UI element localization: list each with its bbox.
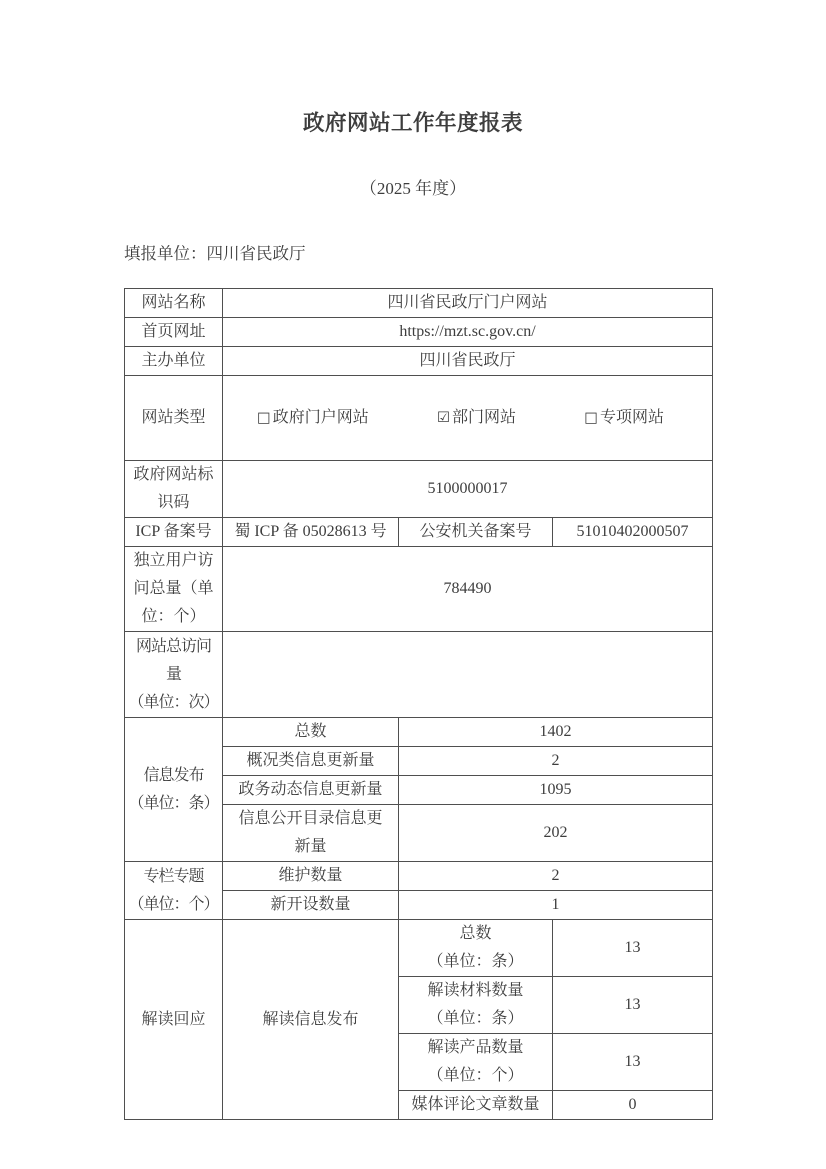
unique-visitors-value: 784490 [223, 547, 713, 632]
interpretation-row-label: 媒体评论文章数量 [399, 1091, 553, 1120]
total-visits-label: 网站总访问 量 （单位：次） [125, 632, 223, 718]
interpretation-label: 解读回应 [125, 920, 223, 1120]
option-label: 专项网站 [600, 409, 664, 426]
police-record-label: 公安机关备案号 [399, 518, 553, 547]
website-type-option-special: □专项网站 [584, 404, 664, 432]
table-row: 政府网站标 识码 5100000017 [125, 461, 713, 518]
icp-value: 蜀 ICP 备 05028613 号 [223, 518, 399, 547]
special-columns-label: 专栏专题 （单位：个） [125, 862, 223, 920]
interpretation-row-label: 总数 （单位：条） [399, 920, 553, 977]
info-release-row-label: 概况类信息更新量 [223, 747, 399, 776]
website-type-options: □政府门户网站 ☑部门网站 □专项网站 [223, 376, 713, 461]
special-columns-row-label: 新开设数量 [223, 891, 399, 920]
interpretation-row-value: 0 [553, 1091, 713, 1120]
website-type-option-portal: □政府门户网站 [257, 404, 369, 432]
police-record-value: 51010402000507 [553, 518, 713, 547]
organizer-label: 主办单位 [125, 347, 223, 376]
table-row: 网站类型 □政府门户网站 ☑部门网站 □专项网站 [125, 376, 713, 461]
option-label: 部门网站 [452, 409, 516, 426]
site-id-label: 政府网站标 识码 [125, 461, 223, 518]
table-row: 专栏专题 （单位：个） 维护数量 2 [125, 862, 713, 891]
table-row: 网站名称 四川省民政厅门户网站 [125, 289, 713, 318]
checkbox-unchecked-icon: □ [257, 410, 271, 426]
page-title: 政府网站工作年度报表 [0, 106, 826, 137]
checkbox-checked-icon: ☑ [437, 410, 450, 426]
interpretation-sublabel: 解读信息发布 [223, 920, 399, 1120]
report-unit-line: 填报单位：四川省民政厅 [124, 240, 306, 264]
homepage-url-value: https://mzt.sc.gov.cn/ [223, 318, 713, 347]
table-row: ICP 备案号 蜀 ICP 备 05028613 号 公安机关备案号 51010… [125, 518, 713, 547]
total-visits-value [223, 632, 713, 718]
interpretation-row-label: 解读产品数量 （单位：个） [399, 1034, 553, 1091]
info-release-row-value: 2 [399, 747, 713, 776]
option-label: 政府门户网站 [273, 409, 369, 426]
table-row: 首页网址 https://mzt.sc.gov.cn/ [125, 318, 713, 347]
homepage-url-label: 首页网址 [125, 318, 223, 347]
info-release-row-label: 信息公开目录信息更 新量 [223, 805, 399, 862]
table-row: 独立用户访 问总量（单 位：个） 784490 [125, 547, 713, 632]
info-release-row-value: 202 [399, 805, 713, 862]
website-name-value: 四川省民政厅门户网站 [223, 289, 713, 318]
table-row: 网站总访问 量 （单位：次） [125, 632, 713, 718]
table-row: 主办单位 四川省民政厅 [125, 347, 713, 376]
organizer-value: 四川省民政厅 [223, 347, 713, 376]
unique-visitors-label: 独立用户访 问总量（单 位：个） [125, 547, 223, 632]
info-release-row-label: 政务动态信息更新量 [223, 776, 399, 805]
info-release-label: 信息发布 （单位：条） [125, 718, 223, 862]
special-columns-row-value: 1 [399, 891, 713, 920]
report-table: 网站名称 四川省民政厅门户网站 首页网址 https://mzt.sc.gov.… [124, 288, 713, 1120]
interpretation-row-value: 13 [553, 920, 713, 977]
table-row: 信息发布 （单位：条） 总数 1402 [125, 718, 713, 747]
checkbox-unchecked-icon: □ [584, 410, 598, 426]
website-name-label: 网站名称 [125, 289, 223, 318]
icp-label: ICP 备案号 [125, 518, 223, 547]
special-columns-row-label: 维护数量 [223, 862, 399, 891]
table-row: 解读回应 解读信息发布 总数 （单位：条） 13 [125, 920, 713, 977]
website-type-label: 网站类型 [125, 376, 223, 461]
site-id-value: 5100000017 [223, 461, 713, 518]
info-release-row-value: 1095 [399, 776, 713, 805]
interpretation-row-value: 13 [553, 977, 713, 1034]
info-release-row-value: 1402 [399, 718, 713, 747]
interpretation-row-label: 解读材料数量 （单位：条） [399, 977, 553, 1034]
special-columns-row-value: 2 [399, 862, 713, 891]
document-page: 政府网站工作年度报表 （2025 年度） 填报单位：四川省民政厅 网站名称 四川… [0, 0, 826, 1169]
interpretation-row-value: 13 [553, 1034, 713, 1091]
info-release-row-label: 总数 [223, 718, 399, 747]
website-type-option-department: ☑部门网站 [437, 404, 516, 432]
page-subtitle: （2025 年度） [0, 174, 826, 199]
